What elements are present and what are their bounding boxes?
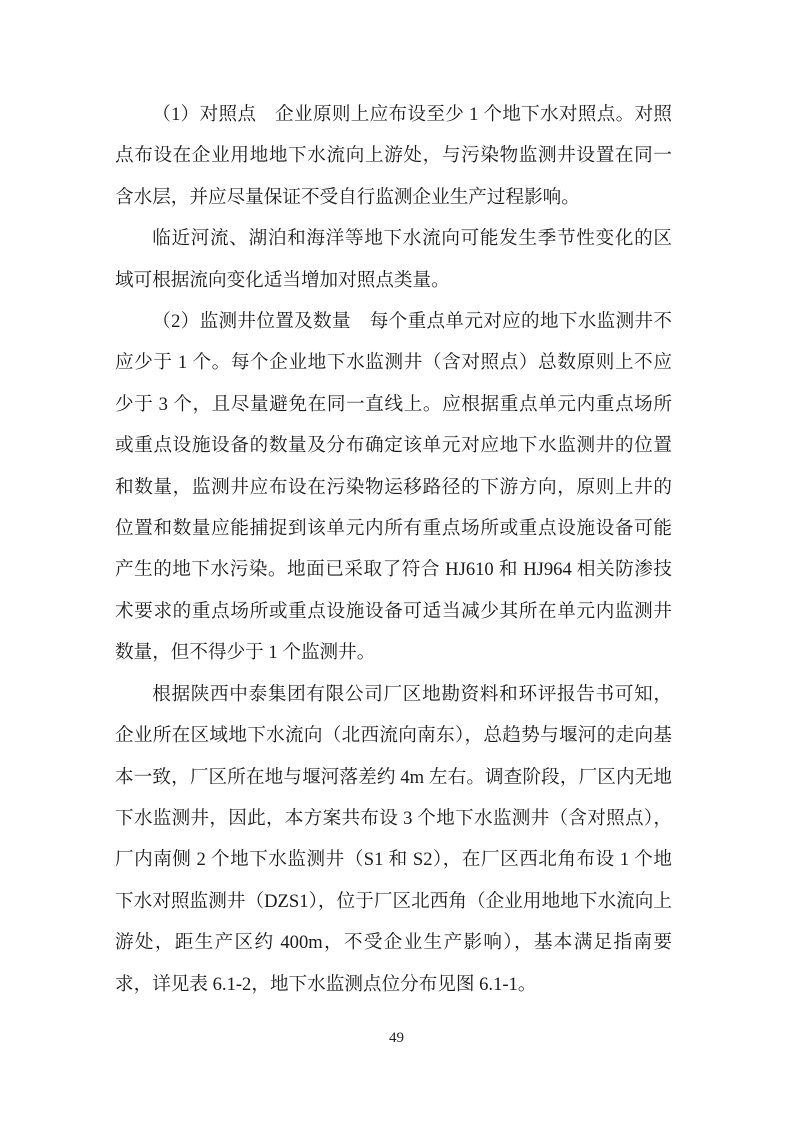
- paragraph-site-plan: 根据陕西中泰集团有限公司厂区地勘资料和环评报告书可知，企业所在区域地下水流向（北…: [115, 674, 672, 1005]
- paragraph-seasonal-variation: 临近河流、湖泊和海洋等地下水流向可能发生季节性变化的区域可根据流向变化适当增加对…: [115, 218, 672, 301]
- paragraph-control-point: （1）对照点 企业原则上应布设至少 1 个地下水对照点。对照点布设在企业用地地下…: [115, 94, 672, 218]
- paragraph-well-position-quantity: （2）监测井位置及数量 每个重点单元对应的地下水监测井不应少于 1 个。每个企业…: [115, 301, 672, 674]
- document-page: （1）对照点 企业原则上应布设至少 1 个地下水对照点。对照点布设在企业用地地下…: [0, 0, 793, 1122]
- page-number: 49: [0, 1028, 793, 1048]
- page-body: （1）对照点 企业原则上应布设至少 1 个地下水对照点。对照点布设在企业用地地下…: [115, 94, 672, 1005]
